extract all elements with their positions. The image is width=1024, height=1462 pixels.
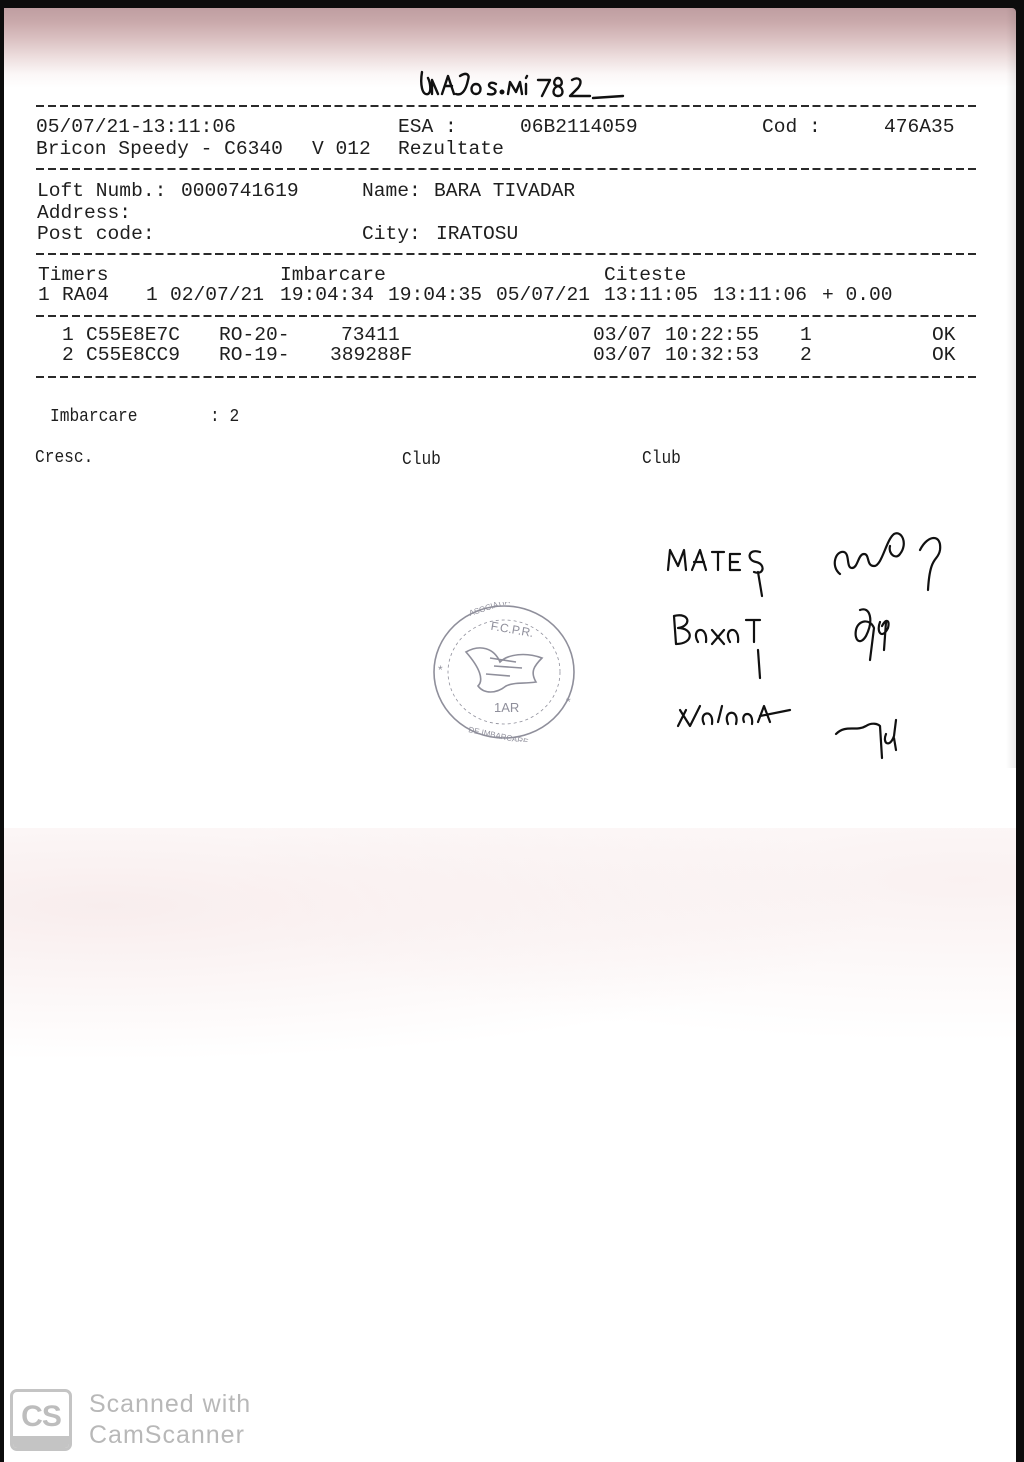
separator	[36, 253, 980, 255]
postcode-label: Post code:	[37, 223, 155, 245]
svg-text:F.C.P.R.: F.C.P.R.	[490, 619, 535, 640]
club-stamp: F.C.P.R. 1AR * * ASOCIATIA DE IMBARCARE	[430, 602, 580, 742]
scanned-page: LAJOS MI 792 05/07/21-13:11:06 ESA : 06B…	[0, 0, 1024, 1462]
report-type: Rezultate	[398, 138, 504, 160]
timers-header: Timers	[38, 264, 109, 286]
separator	[36, 105, 980, 107]
bird-status: OK	[932, 324, 956, 346]
table-row: 1 C55E8E7C RO-20- 73411 03/07 10:22:55 1…	[0, 324, 1024, 346]
club-signature-label-1: Club	[402, 449, 441, 471]
timer-count: 1	[146, 284, 158, 306]
separator	[36, 376, 980, 378]
handwritten-signatures	[660, 510, 960, 770]
svg-text:*: *	[438, 663, 443, 677]
bird-rank: 2	[800, 344, 812, 366]
paper-tint	[4, 828, 1016, 1088]
bird-ring-number: 389288F	[330, 344, 412, 366]
report-datetime: 05/07/21-13:11:06	[36, 116, 236, 138]
address-label: Address:	[37, 202, 131, 224]
bird-rank: 1	[800, 324, 812, 346]
bird-ring-prefix: RO-20-	[219, 324, 290, 346]
imbarcare-header: Imbarcare	[280, 264, 386, 286]
loft-number-label: Loft Numb.:	[37, 180, 166, 202]
svg-text:*: *	[566, 695, 571, 709]
bird-ring-number: 73411	[341, 324, 400, 346]
bird-arrival-date: 03/07	[593, 324, 652, 346]
city-label: City:	[362, 223, 421, 245]
bird-status: OK	[932, 344, 956, 366]
separator	[36, 168, 980, 170]
paper-edge-shadow	[1006, 8, 1016, 768]
camscanner-line-1: Scanned with	[89, 1389, 251, 1420]
table-row: 2 C55E8CC9 RO-19- 389288F 03/07 10:32:53…	[0, 344, 1024, 366]
svg-text:DE IMBARCARE: DE IMBARCARE	[468, 725, 529, 742]
name-value: BARA TIVADAR	[434, 180, 575, 202]
name-label: Name:	[362, 180, 421, 202]
svg-text:1AR: 1AR	[494, 700, 519, 715]
citeste-time-2: 13:11:06	[713, 284, 807, 306]
device-name: Bricon Speedy - C6340	[36, 138, 283, 160]
bird-chip: C55E8E7C	[86, 324, 180, 346]
city-value: IRATOSU	[436, 223, 518, 245]
breeder-signature-label: Cresc.	[35, 447, 93, 469]
imbarcare-time-2: 19:04:35	[388, 284, 482, 306]
citeste-time-1: 13:11:05	[604, 284, 698, 306]
timer-id: RA04	[62, 284, 109, 306]
timer-index: 1	[38, 284, 50, 306]
svg-text:ASOCIATIA: ASOCIATIA	[468, 602, 511, 618]
camscanner-line-2: CamScanner	[89, 1420, 251, 1451]
citeste-date: 05/07/21	[496, 284, 590, 306]
cod-label: Cod :	[762, 116, 821, 138]
camscanner-logo-icon: CS	[10, 1389, 72, 1451]
bird-index: 1	[62, 324, 74, 346]
imbarcare-summary-label: Imbarcare	[50, 406, 137, 428]
bird-index: 2	[62, 344, 74, 366]
camscanner-watermark: CS Scanned with CamScanner	[10, 1389, 270, 1453]
esa-label: ESA :	[398, 116, 457, 138]
loft-number-value: 0000741619	[181, 180, 299, 202]
citeste-header: Citeste	[604, 264, 686, 286]
bird-arrival-time: 10:22:55	[665, 324, 759, 346]
imbarcare-summary-value: : 2	[210, 406, 239, 428]
club-signature-label-2: Club	[642, 448, 681, 470]
esa-value: 06B2114059	[520, 116, 638, 138]
device-version: V 012	[312, 138, 371, 160]
separator	[36, 315, 980, 317]
imbarcare-time-1: 19:04:34	[280, 284, 374, 306]
bird-ring-prefix: RO-19-	[219, 344, 290, 366]
camscanner-text: Scanned with CamScanner	[89, 1389, 251, 1451]
time-offset: + 0.00	[822, 284, 893, 306]
bird-chip: C55E8CC9	[86, 344, 180, 366]
cod-value: 476A35	[884, 116, 955, 138]
handwritten-title: LAJOS MI 792	[418, 64, 628, 104]
imbarcare-date: 02/07/21	[170, 284, 264, 306]
bird-arrival-date: 03/07	[593, 344, 652, 366]
bird-arrival-time: 10:32:53	[665, 344, 759, 366]
